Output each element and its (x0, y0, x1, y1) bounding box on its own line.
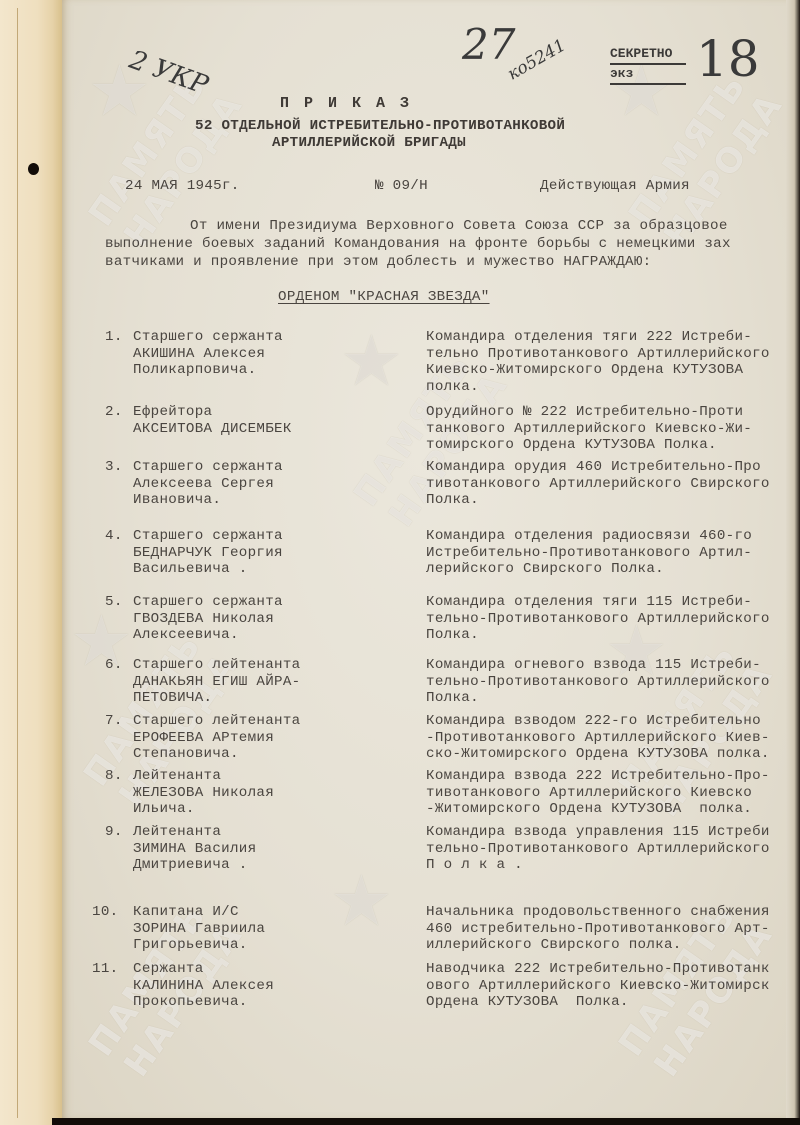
awardee-position: иллерийского Свирского полка. (426, 936, 682, 954)
awardee-position: ско-Житомирского Ордена КУТУЗОВА полка. (426, 745, 770, 763)
awardee-position: 460 истребительно-Противотанкового Арт- (426, 920, 770, 938)
awardee-position: П о л к а . (426, 856, 523, 874)
awardee-name: ПЕТОВИЧА. (133, 689, 212, 707)
award-heading: ОРДЕНОМ "КРАСНАЯ ЗВЕЗДА" (278, 288, 490, 306)
awardee-position: Командира взводом 222-го Истребительно (426, 712, 761, 730)
awardee-rank: Лейтенанта (133, 767, 221, 785)
awardee-name: ДАНАКЬЯН ЕГИШ АЙРА- (133, 673, 300, 691)
awardee-position: танкового Артиллерийского Киевско-Жи- (426, 420, 752, 438)
awardee-name: Васильевича . (133, 560, 248, 578)
punch-hole (28, 163, 39, 175)
awardee-position: Командира орудия 460 Истребительно-Про (426, 458, 761, 476)
awardee-position: полка. (426, 378, 479, 396)
awardee-position: тельно Противотанкового Артиллерийского (426, 345, 770, 363)
awardee-position: Командира отделения тяги 115 Истреби- (426, 593, 752, 611)
awardee-position: -Житомирского Ордена КУТУЗОВА полка. (426, 800, 752, 818)
binding-strip (0, 0, 63, 1125)
awardee-name: Алексеевича. (133, 626, 239, 644)
preamble-line1: От имени Президиума Верховного Совета Со… (190, 217, 728, 235)
handwritten-page-number: 27 (462, 20, 515, 69)
awardee-name: АКСЕИТОВА ДИСЕМБЕК (133, 420, 292, 438)
binding-fold-line (17, 8, 18, 1118)
awardee-position: -Противотанкового Артиллерийского Киев- (426, 729, 770, 747)
awardee-number: 2. (105, 403, 123, 421)
awardee-position: Орудийного № 222 Истребительно-Проти (426, 403, 743, 421)
awardee-number: 9. (105, 823, 123, 841)
awardee-rank: Старшего лейтенанта (133, 712, 300, 730)
awardee-position: тельно-Противотанкового Артиллерийского (426, 840, 770, 858)
awardee-rank: Старшего сержанта (133, 458, 283, 476)
awardee-position: лерийского Свирского Полка. (426, 560, 664, 578)
awardee-name: Дмитриевича . (133, 856, 248, 874)
awardee-name: ЖЕЛЕЗОВА Николая (133, 784, 274, 802)
awardee-number: 11. (92, 960, 118, 978)
awardee-name: КАЛИНИНА Алексея (133, 977, 274, 995)
awardee-number: 3. (105, 458, 123, 476)
awardee-rank: Старшего сержанта (133, 328, 283, 346)
awardee-name: Степановича. (133, 745, 239, 763)
awardee-number: 4. (105, 527, 123, 545)
awardee-name: Алексеева Сергея (133, 475, 274, 493)
awardee-name: АКИШИНА Алексея (133, 345, 265, 363)
page-right-edge (786, 0, 800, 1125)
awardee-position: Киевско-Житомирского Ордена КУТУЗОВА (426, 361, 743, 379)
document-subtitle-line1: 52 ОТДЕЛЬНОЙ ИСТРЕБИТЕЛЬНО-ПРОТИВОТАНКОВ… (195, 117, 565, 135)
awardee-position: ового Артиллерийского Киевско-Житомирск (426, 977, 770, 995)
awardee-rank: Лейтенанта (133, 823, 221, 841)
copy-label: экз (610, 65, 686, 85)
awardee-name: Поликарповича. (133, 361, 256, 379)
awardee-position: тельно-Противотанкового Артиллерийского (426, 610, 770, 628)
awardee-rank: Капитана И/С (133, 903, 239, 921)
awardee-position: тельно-Противотанкового Артиллерийского (426, 673, 770, 691)
awardee-position: Наводчика 222 Истребительно-Противотанк (426, 960, 770, 978)
preamble-line3: ватчиками и проявление при этом доблесть… (105, 253, 651, 271)
order-date: 24 МАЯ 1945г. (125, 177, 240, 195)
document-title: П Р И К А З (280, 95, 412, 113)
awardee-name: ЗОРИНА Гавриила (133, 920, 265, 938)
awardee-name: ЕРОФЕЕВА АРтемия (133, 729, 274, 747)
preamble-line2: выполнение боевых заданий Командования н… (105, 235, 731, 253)
awardee-number: 8. (105, 767, 123, 785)
awardee-position: Командира взвода 222 Истребительно-Про- (426, 767, 770, 785)
order-number: № 09/Н (375, 177, 428, 195)
awardee-position: Полка. (426, 491, 479, 509)
secrecy-stamp: СЕКРЕТНО экз (610, 45, 686, 85)
order-location: Действующая Армия (540, 177, 690, 195)
awardee-position: Полка. (426, 626, 479, 644)
awardee-number: 6. (105, 656, 123, 674)
awardee-number: 7. (105, 712, 123, 730)
awardee-number: 5. (105, 593, 123, 611)
awardee-position: тивотанкового Артиллерийского Киевско (426, 784, 752, 802)
handwritten-sheet-number: 18 (696, 30, 760, 88)
awardee-name: БЕДНАРЧУК Георгия (133, 544, 283, 562)
awardee-position: томирского Ордена КУТУЗОВА Полка. (426, 436, 717, 454)
awardee-position: Командира отделения тяги 222 Истреби- (426, 328, 752, 346)
awardee-position: тивотанкового Артиллерийского Свирского (426, 475, 770, 493)
awardee-name: ЗИМИНА Василия (133, 840, 256, 858)
awardee-rank: Сержанта (133, 960, 204, 978)
awardee-number: 10. (92, 903, 118, 921)
awardee-position: Ордена КУТУЗОВА Полка. (426, 993, 629, 1011)
awardee-name: Ильича. (133, 800, 195, 818)
awardee-name: ГВОЗДЕВА Николая (133, 610, 274, 628)
awardee-rank: Старшего лейтенанта (133, 656, 300, 674)
awardee-position: Начальника продовольственного снабжения (426, 903, 770, 921)
awardee-position: Командира огневого взвода 115 Истреби- (426, 656, 761, 674)
awardee-rank: Старшего сержанта (133, 527, 283, 545)
awardee-position: Командира отделения радиосвязи 460-го (426, 527, 752, 545)
secrecy-label: СЕКРЕТНО (610, 45, 686, 65)
awardee-name: Ивановича. (133, 491, 221, 509)
awardee-rank: Ефрейтора (133, 403, 212, 421)
awardee-name: Прокопьевича. (133, 993, 248, 1011)
awardee-name: Григорьевича. (133, 936, 248, 954)
awardee-position: Полка. (426, 689, 479, 707)
page-bottom-edge (52, 1118, 800, 1125)
awardee-position: Командира взвода управления 115 Истреби (426, 823, 770, 841)
awardee-rank: Старшего сержанта (133, 593, 283, 611)
awardee-position: Истребительно-Противотанкового Артил- (426, 544, 752, 562)
awardee-number: 1. (105, 328, 123, 346)
document-subtitle-line2: АРТИЛЛЕРИЙСКОЙ БРИГАДЫ (272, 134, 466, 152)
